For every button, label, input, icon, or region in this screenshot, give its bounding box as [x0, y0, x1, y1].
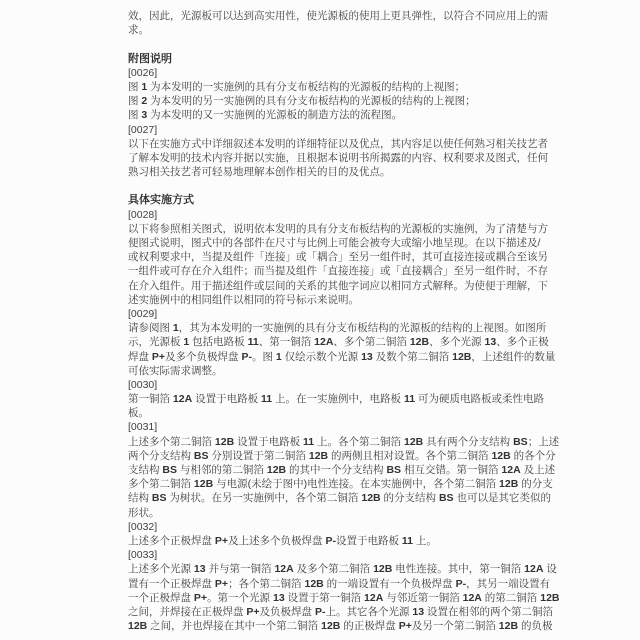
- reference-numeral: 1: [173, 322, 179, 334]
- reference-numeral: 1: [183, 336, 189, 348]
- patent-document-page: 效，因此，光源板可以达到高实用性，使光源板的使用上更具弹性，以符合不同应用上的需…: [0, 0, 640, 640]
- text-line: 示，光源板 1 包括电路板 11、第一铜箔 12A、多个第二铜箔 12B、多个光…: [128, 335, 550, 349]
- reference-numeral: 12A: [501, 464, 520, 476]
- reference-numeral: 13: [273, 592, 285, 604]
- reference-numeral: 13: [485, 336, 497, 348]
- reference-numeral: P+: [215, 578, 228, 590]
- reference-numeral: 13: [194, 563, 206, 575]
- reference-numeral: 12A: [274, 563, 293, 575]
- text-line: 结构 BS 为树状。在另一实施例中，各个第二铜箔 12B 的分支结构 BS 也可…: [128, 491, 550, 505]
- reference-numeral: 12B: [404, 436, 423, 448]
- document-content-column: 效，因此，光源板可以达到高实用性，使光源板的使用上更具弹性，以符合不同应用上的需…: [128, 9, 550, 633]
- paragraph-number: [0026]: [128, 66, 550, 80]
- text-line: 便图式说明，图式中的各部件在尺寸与比例上可能会被夸大或缩小地呈现。在以下描述及/: [128, 236, 550, 250]
- text-line: 请参阅图 1，其为本发明的一实施例的具有分支布板结构的光源板的结构的上视图。如图…: [128, 321, 550, 335]
- reference-numeral: 12B: [499, 478, 518, 490]
- text-line: 形状。: [128, 506, 550, 520]
- text-line: 了解本发明的技术内容并据以实施，且根据本说明书所揭露的内容、权利要求及图式，任何: [128, 151, 550, 165]
- text-line: 述实施例中的相同组件以相同的符号标示来说明。: [128, 293, 550, 307]
- reference-numeral: P+: [246, 606, 259, 618]
- reference-numeral: 13: [412, 606, 424, 618]
- text-line: 或权利要求中，当提及组件「连接」或「耦合」至另一组件时，其可直接连接或耦合至该另: [128, 250, 550, 264]
- text-line: 置有一个正极焊盘 P+；各个第二铜箔 12B 的一端设置有一个负极焊盘 P-，其…: [128, 577, 550, 591]
- section-heading: 具体实施方式: [128, 193, 550, 207]
- text-line: 焊盘 P+及多个负极焊盘 P-。图 1 仅绘示数个光源 13 及数个第二铜箔 1…: [128, 350, 550, 364]
- text-line: 图 2 为本发明的另一实施例的具有分支布板结构的光源板的结构的上视图；: [128, 94, 550, 108]
- line-gap: [128, 179, 550, 193]
- section-heading: 附图说明: [128, 52, 550, 66]
- text-line: 上述多个第二铜箔 12B 设置于电路板 11 上。各个第二铜箔 12B 具有两个…: [128, 435, 550, 449]
- paragraph-number: [0031]: [128, 420, 550, 434]
- text-line: 一个正极焊盘 P+。第一个光源 13 设置于第一铜箔 12A 与邻近第一铜箔 1…: [128, 591, 550, 605]
- reference-numeral: 1: [276, 351, 282, 363]
- paragraph-number: [0030]: [128, 378, 550, 392]
- text-line: 之间，并焊接在正极焊盘 P+及负极焊盘 P-上。其它各个光源 13 设置在相邻的…: [128, 605, 550, 619]
- text-line: 多个第二铜箔 12B 与电源(未绘于图中)电性连接。在本实施例中，各个第二铜箔 …: [128, 477, 550, 491]
- text-line: 上述多个正极焊盘 P+及上述多个负极焊盘 P-设置于电路板 11 上。: [128, 534, 550, 548]
- reference-numeral: 12B: [321, 620, 340, 632]
- reference-numeral: P+: [215, 535, 228, 547]
- reference-numeral: 12B: [373, 563, 392, 575]
- reference-numeral: 12B: [452, 351, 471, 363]
- reference-numeral: 11: [261, 393, 272, 405]
- reference-numeral: 12B: [540, 592, 559, 604]
- reference-numeral: 1: [141, 81, 147, 93]
- reference-numeral: BS: [152, 492, 167, 504]
- reference-numeral: P+: [152, 351, 165, 363]
- reference-numeral: BS: [439, 492, 454, 504]
- reference-numeral: 12B: [491, 450, 510, 462]
- text-line: 图 3 为本发明的又一实施例的光源板的制造方法的流程图。: [128, 108, 550, 122]
- paragraph-number: [0027]: [128, 123, 550, 137]
- reference-numeral: 12B: [267, 464, 286, 476]
- text-line: 图 1 为本发明的一实施例的具有分支布板结构的光源板的结构的上视图；: [128, 80, 550, 94]
- reference-numeral: 12B: [304, 578, 323, 590]
- text-line: 上述多个光源 13 并与第一铜箔 12A 及多个第二铜箔 12B 电性连接。其中…: [128, 562, 550, 576]
- reference-numeral: 12B: [128, 620, 147, 632]
- paragraph-number: [0028]: [128, 208, 550, 222]
- text-line: 12B 之间，并也焊接在其中一个第二铜箔 12B 的正极焊盘 P+及另一个第二铜…: [128, 619, 550, 633]
- reference-numeral: BS: [513, 436, 528, 448]
- line-gap: [128, 37, 550, 51]
- text-line: 可依实际需求调整。: [128, 364, 550, 378]
- reference-numeral: BS: [194, 450, 209, 462]
- reference-numeral: 12A: [314, 336, 333, 348]
- reference-numeral: 12B: [309, 450, 328, 462]
- text-line: 支结构 BS 与相邻的第二铜箔 12B 的其中一个分支结构 BS 相互交错。第一…: [128, 463, 550, 477]
- reference-numeral: 12B: [194, 478, 213, 490]
- text-line: 一组件或可存在介入组件；而当提及组件「直接连接」或「直接耦合」至另一组件时，不存: [128, 264, 550, 278]
- text-line: 板。: [128, 406, 550, 420]
- reference-numeral: 11: [303, 436, 314, 448]
- reference-numeral: 12B: [499, 620, 518, 632]
- reference-numeral: 12A: [524, 563, 543, 575]
- text-line: 求。: [128, 23, 550, 37]
- reference-numeral: 11: [248, 336, 259, 348]
- reference-numeral: 3: [141, 109, 147, 121]
- paragraph-number: [0033]: [128, 548, 550, 562]
- text-line: 熟习相关技艺者可轻易地理解本创作相关的目的及优点。: [128, 165, 550, 179]
- text-line: 在介入组件。用于描述组件或层间的关系的其他字词应以相同方式解释。为使便于理解，下: [128, 279, 550, 293]
- reference-numeral: 2: [141, 95, 147, 107]
- reference-numeral: P-: [315, 606, 326, 618]
- text-line: 效，因此，光源板可以达到高实用性，使光源板的使用上更具弹性，以符合不同应用上的需: [128, 9, 550, 23]
- reference-numeral: P-: [325, 535, 336, 547]
- reference-numeral: P+: [399, 620, 412, 632]
- reference-numeral: BS: [386, 464, 401, 476]
- reference-numeral: 11: [402, 535, 413, 547]
- reference-numeral: 12A: [364, 592, 383, 604]
- reference-numeral: 13: [361, 351, 373, 363]
- paragraph-number: [0032]: [128, 520, 550, 534]
- reference-numeral: 12A: [463, 592, 482, 604]
- reference-numeral: P+: [194, 592, 207, 604]
- reference-numeral: 11: [404, 393, 415, 405]
- text-line: 以下将参照相关图式，说明依本发明的具有分支布板结构的光源板的实施例，为了清楚与方: [128, 222, 550, 236]
- paragraph-number: [0029]: [128, 307, 550, 321]
- reference-numeral: 12B: [215, 436, 234, 448]
- reference-numeral: BS: [162, 464, 177, 476]
- reference-numeral: 12B: [410, 336, 429, 348]
- reference-numeral: 12B: [361, 492, 380, 504]
- reference-numeral: P-: [241, 351, 252, 363]
- reference-numeral: 12A: [173, 393, 192, 405]
- text-line: 两个分支结构 BS 分别设置于第二铜箔 12B 的两侧且相对设置。各个第二铜箔 …: [128, 449, 550, 463]
- text-line: 以下在实施方式中详细叙述本发明的详细特征以及优点，其内容足以使任何熟习相关技艺者: [128, 137, 550, 151]
- reference-numeral: P-: [456, 578, 467, 590]
- text-line: 第一铜箔 12A 设置于电路板 11 上。在一实施例中，电路板 11 可为硬质电…: [128, 392, 550, 406]
